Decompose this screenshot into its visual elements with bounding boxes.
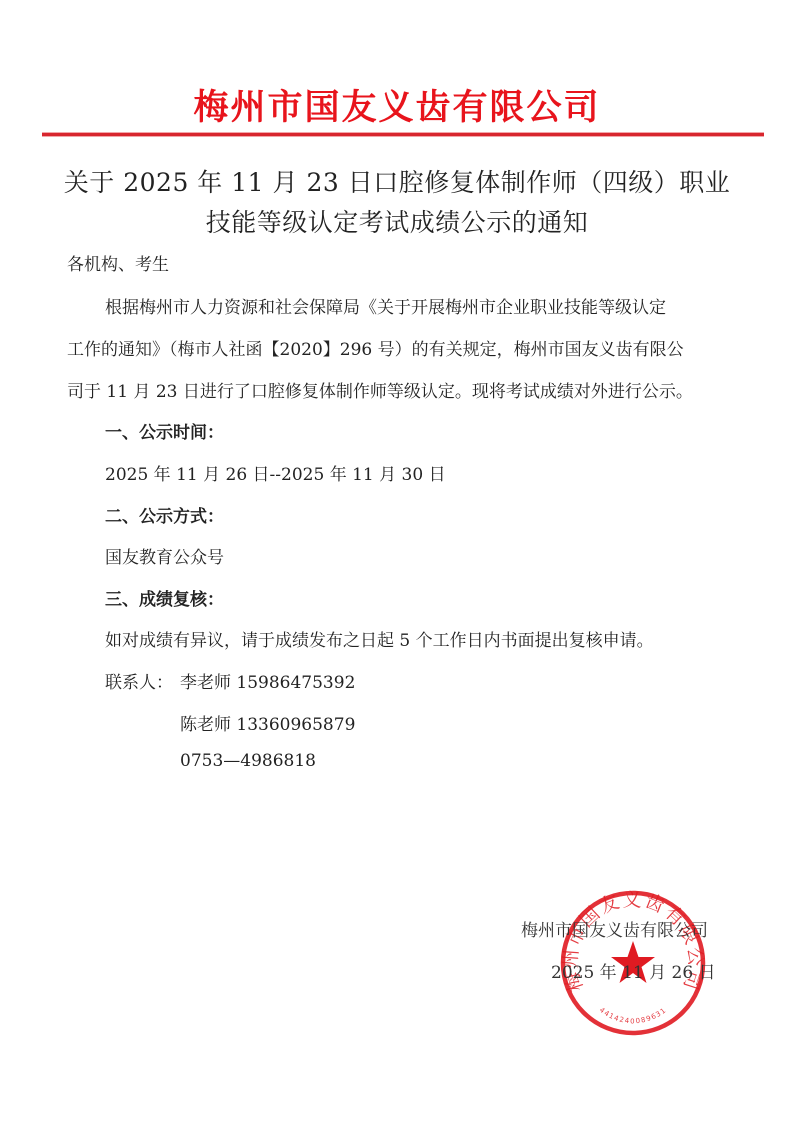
contacts-label: 联系人： <box>105 668 173 693</box>
section-heading-publicity-method: 二、公示方式： <box>105 502 224 527</box>
intro-paragraph-line2: 工作的通知》（梅市人社函【2020】296 号）的有关规定，梅州市国友义齿有限公 <box>67 335 684 360</box>
salutation: 各机构、考生 <box>67 250 169 275</box>
intro-paragraph-line3: 司于 11 月 23 日进行了口腔修复体制作师等级认定。现将考试成绩对外进行公示… <box>67 377 693 402</box>
contact-chen: 陈老师 13360965879 <box>180 710 355 735</box>
intro-paragraph-line1: 根据梅州市人力资源和社会保障局《关于开展梅州市企业职业技能等级认定 <box>105 293 666 318</box>
contact-li: 李老师 15986475392 <box>180 668 355 693</box>
publicity-method-value: 国友教育公众号 <box>105 543 224 568</box>
section-heading-score-review: 三、成绩复核： <box>105 585 224 610</box>
section-heading-publicity-time: 一、公示时间： <box>105 418 224 443</box>
document-title-line1: 关于 2025 年 11 月 23 日口腔修复体制作师（四级）职业 <box>0 163 794 199</box>
score-review-text: 如对成绩有异议，请于成绩发布之日起 5 个工作日内书面提出复核申请。 <box>105 626 654 651</box>
letterhead-divider <box>42 132 764 137</box>
signature-date: 2025 年 11 月 26 日 <box>551 958 716 983</box>
document-title-line2: 技能等级认定考试成绩公示的通知 <box>0 203 794 239</box>
signature-company: 梅州市国友义齿有限公司 <box>521 916 708 941</box>
svg-text:4414240089631: 4414240089631 <box>598 1006 668 1025</box>
publicity-time-value: 2025 年 11 月 26 日--2025 年 11 月 30 日 <box>105 460 446 485</box>
letterhead-company-name: 梅州市国友义齿有限公司 <box>0 80 794 130</box>
contact-office-phone: 0753—4986818 <box>180 751 316 771</box>
